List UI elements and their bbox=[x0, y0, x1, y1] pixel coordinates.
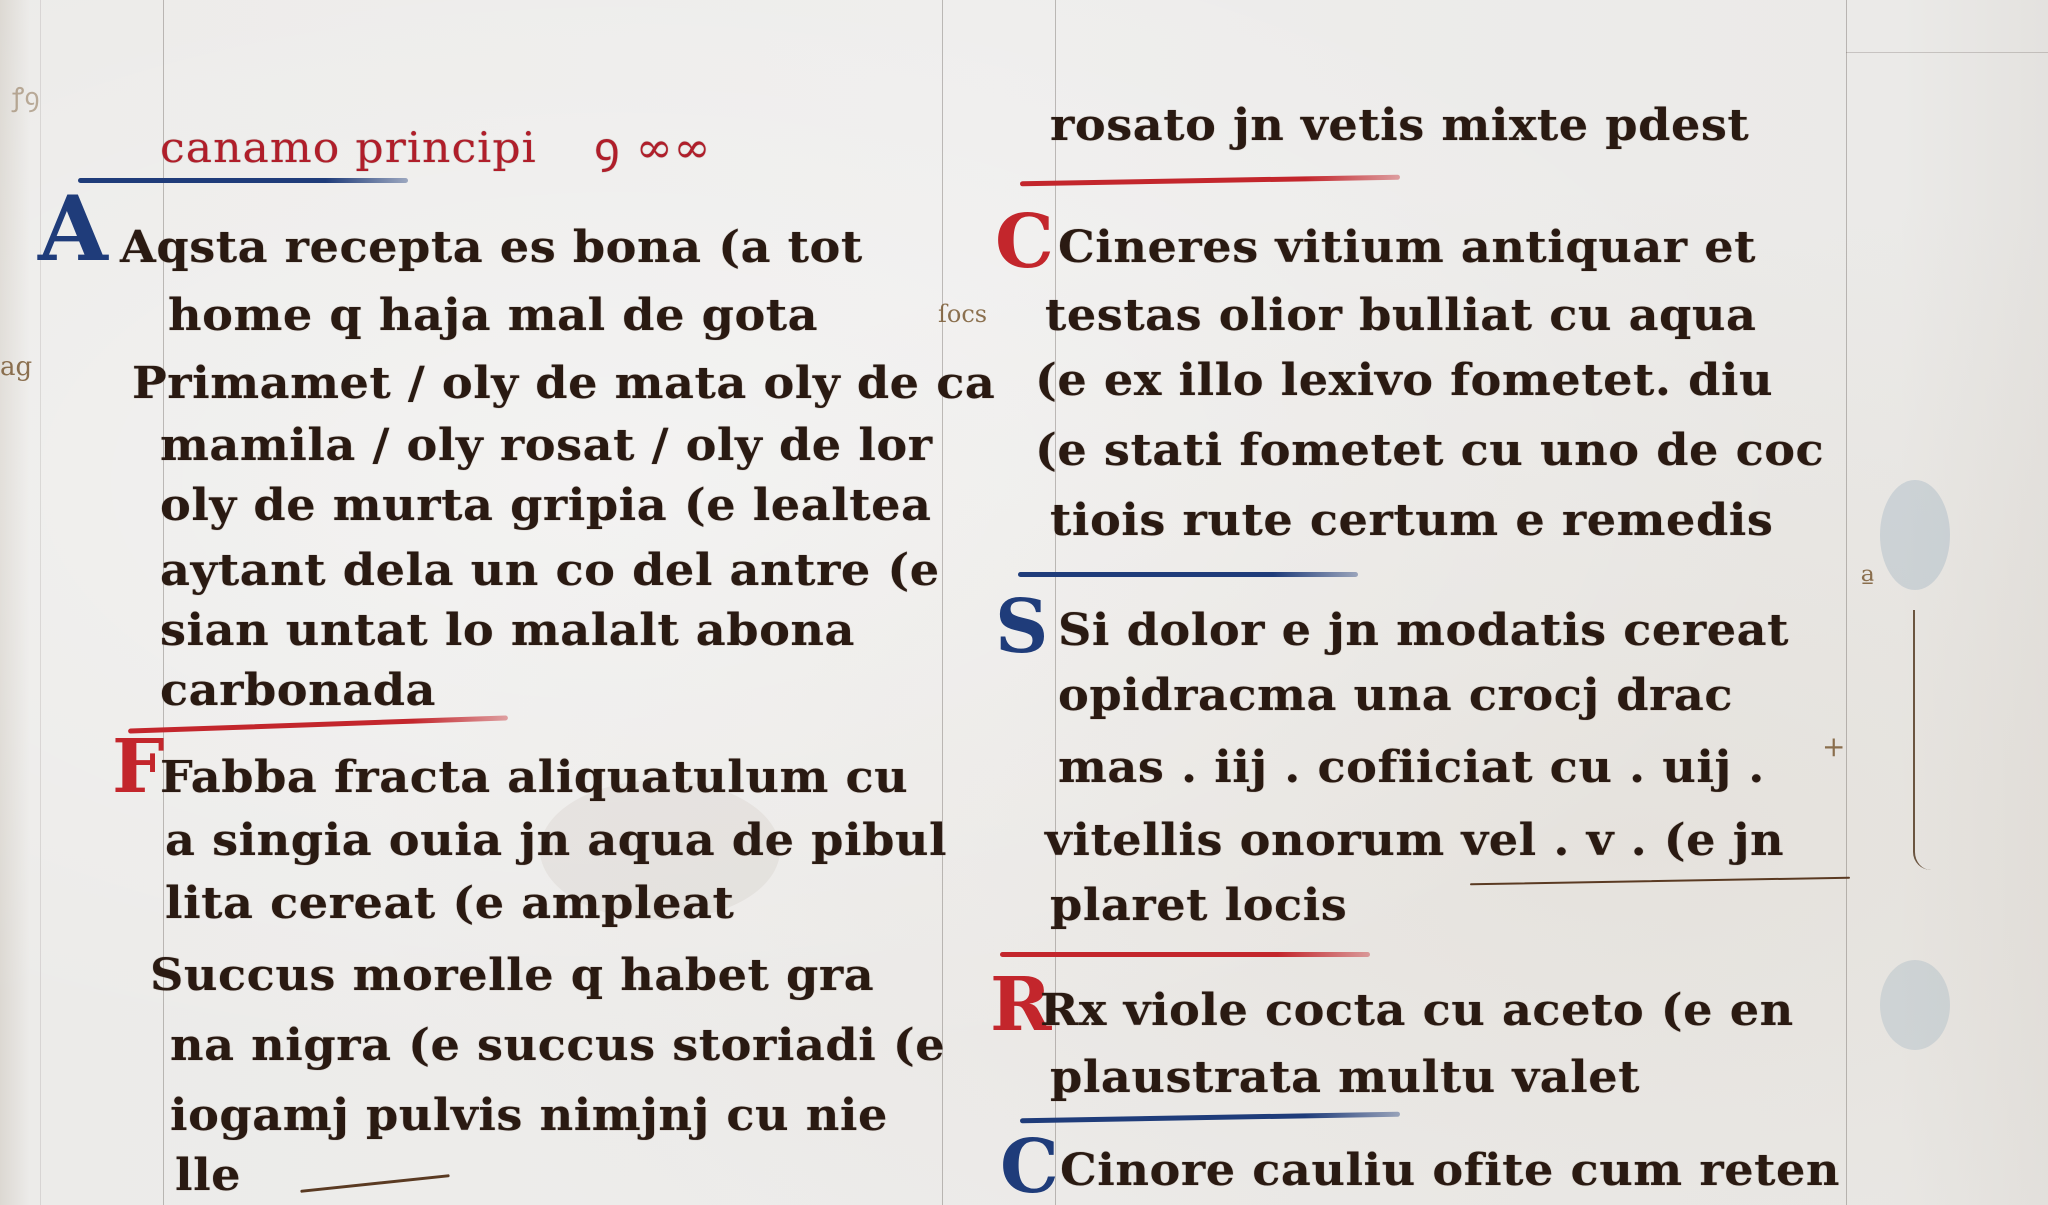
text-line: home q haja mal de gota bbox=[168, 290, 818, 341]
marginal-note-left: ag bbox=[0, 352, 32, 382]
line-filler-stroke bbox=[1470, 877, 1850, 886]
text-line: carbonada bbox=[160, 665, 436, 716]
text-line: Si dolor e jn modatis cereat bbox=[1058, 605, 1789, 656]
text-line: lita cereat (e ampleat bbox=[165, 878, 734, 929]
marginal-bracket bbox=[1913, 610, 1933, 870]
initial-flourish-blue bbox=[1018, 572, 1358, 577]
text-line: na nigra (e succus storiadi (e bbox=[170, 1020, 945, 1071]
rubric-flourish: ꝯ ∞∞ bbox=[594, 123, 712, 172]
text-line: mamila / oly rosat / oly de lor bbox=[160, 420, 933, 471]
marginal-plus: + bbox=[1822, 730, 1845, 763]
text-line: plaret locis bbox=[1050, 880, 1347, 931]
marginal-note-top-left: ꝭꝯ bbox=[12, 78, 40, 114]
ruling-line-right bbox=[1846, 0, 1847, 1205]
initial-letter-A: A bbox=[38, 192, 108, 266]
initial-letter-F: F bbox=[112, 730, 165, 804]
blue-offset-stain bbox=[1880, 960, 1950, 1050]
initial-flourish-blue bbox=[1020, 1112, 1400, 1124]
manuscript-page: ꝭꝯ ag ſocs + ª canamo principi ꝯ ∞∞ A Aq… bbox=[0, 0, 2048, 1205]
text-line: iogamj pulvis nimjnj cu nie bbox=[170, 1090, 888, 1141]
marginal-note-between-columns: ſocs bbox=[938, 300, 987, 328]
initial-letter-C: C bbox=[1000, 1130, 1059, 1204]
initial-letter-C: C bbox=[995, 205, 1054, 279]
text-line: plaustrata multu valet bbox=[1050, 1052, 1640, 1103]
initial-letter-S: S bbox=[995, 590, 1048, 664]
text-line: a singia ouia jn aqua de pibul bbox=[165, 815, 947, 866]
initial-flourish-red bbox=[128, 715, 508, 733]
text-line: sian untat lo malalt abona bbox=[160, 605, 855, 656]
text-line: lle bbox=[175, 1150, 241, 1201]
text-line: Rx viole cocta cu aceto (e en bbox=[1040, 985, 1794, 1036]
initial-flourish-blue bbox=[78, 178, 408, 183]
text-line: rosato jn vetis mixte pdest bbox=[1050, 100, 1749, 151]
marginal-caret: ª bbox=[1860, 565, 1874, 600]
initial-flourish-red bbox=[1000, 952, 1370, 957]
text-line: mas . iij . cofiiciat cu . uij . bbox=[1058, 742, 1765, 793]
text-line: Primamet / oly de mata oly de ca bbox=[132, 358, 995, 409]
rubric-heading-text: canamo principi bbox=[160, 123, 537, 172]
text-line: (e ex illo lexivo fometet. diu bbox=[1035, 355, 1773, 406]
ruling-line-top bbox=[1846, 52, 2048, 53]
initial-flourish-red bbox=[1020, 175, 1400, 187]
text-line: aytant dela un co del antre (e bbox=[160, 545, 940, 596]
text-line: Succus morelle q habet gra bbox=[150, 950, 874, 1001]
text-line: Fabba fracta aliquatulum cu bbox=[160, 752, 908, 803]
line-filler-stroke bbox=[300, 1174, 449, 1193]
text-line: tiois rute certum e remedis bbox=[1050, 495, 1773, 546]
blue-offset-stain bbox=[1880, 480, 1950, 590]
rubric-heading: canamo principi ꝯ ∞∞ bbox=[160, 118, 711, 175]
text-line: vitellis onorum vel . v . (e jn bbox=[1045, 815, 1784, 866]
text-line: (e stati fometet cu uno de coc bbox=[1035, 425, 1824, 476]
text-line: testas olior bulliat cu aqua bbox=[1045, 290, 1756, 341]
text-line: oly de murta gripia (e lealtea bbox=[160, 480, 932, 531]
text-line: Cineres vitium antiquar et bbox=[1058, 222, 1756, 273]
text-line: Cinore cauliu ofite cum reten bbox=[1060, 1145, 1840, 1196]
text-line: Aqsta recepta es bona (a tot bbox=[120, 222, 863, 273]
text-line: opidracma una crocj drac bbox=[1058, 670, 1733, 721]
